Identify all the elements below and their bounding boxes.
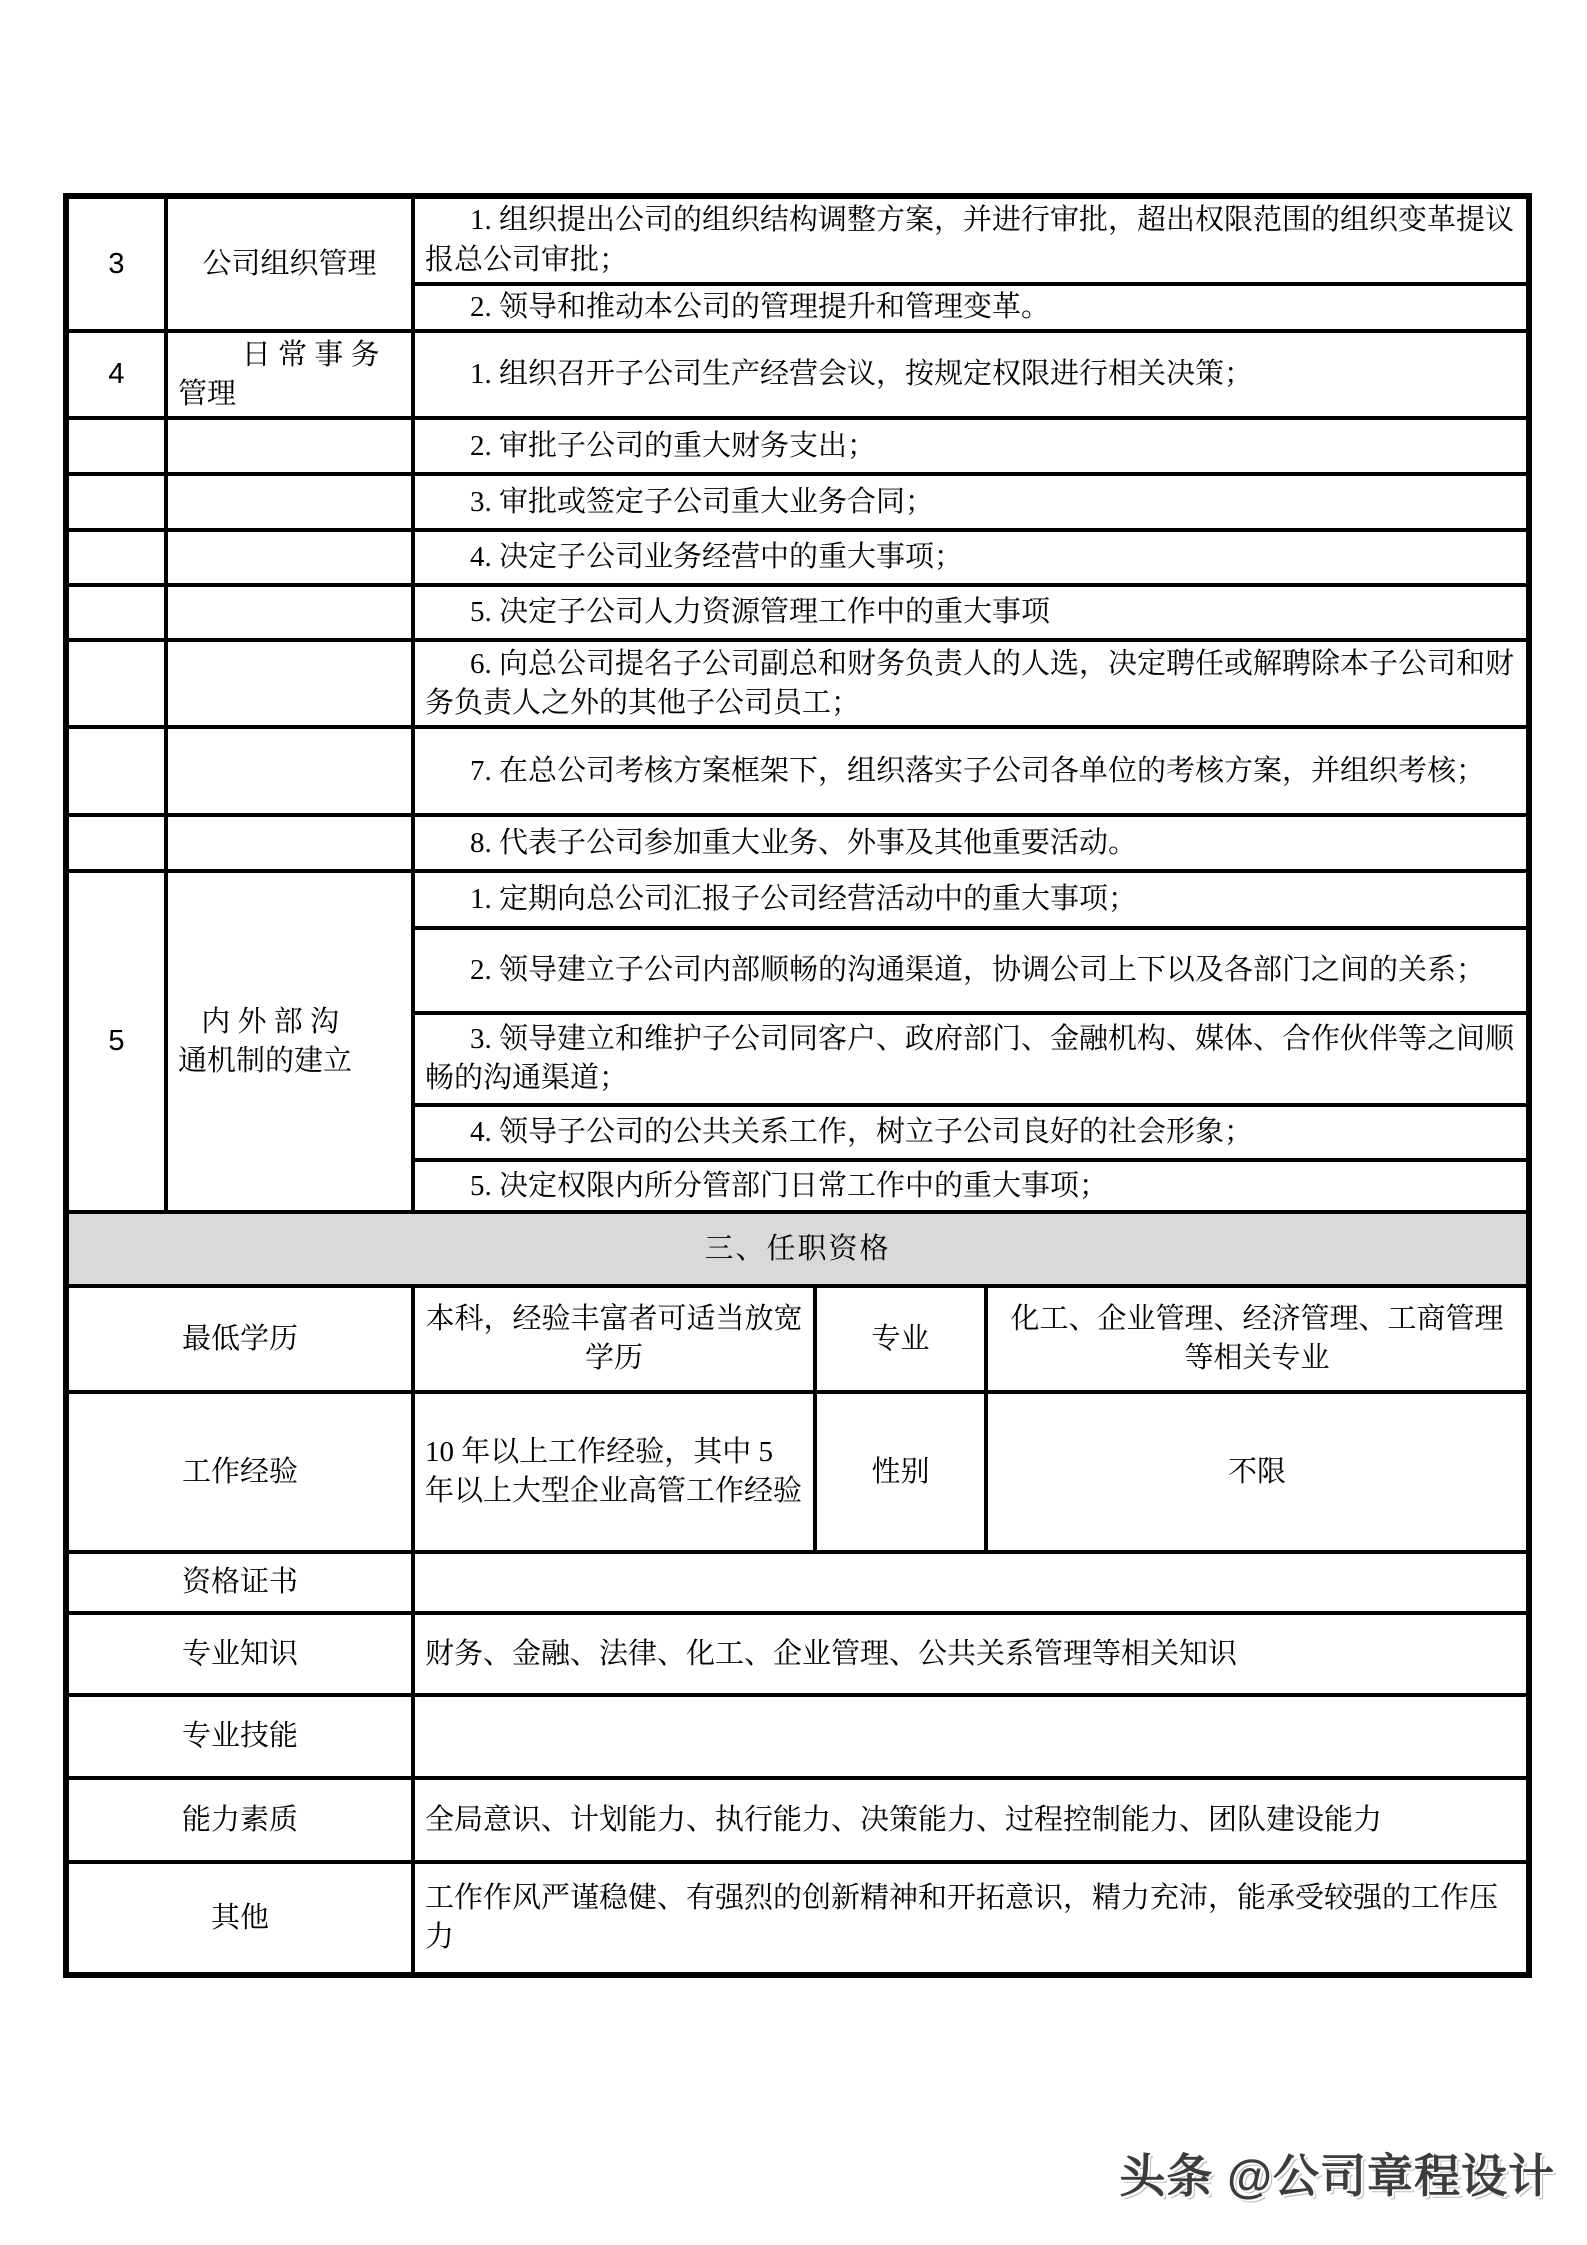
duty-item-3-2: 2. 领导和推动本公司的管理提升和管理变革。 <box>413 284 1529 331</box>
duty-item-4-1: 1. 组织召开子公司生产经营会议，按规定权限进行相关决策； <box>413 331 1529 418</box>
duty-item-5-3: 3. 领导建立和维护子公司同客户、政府部门、金融机构、媒体、合作伙伴等之间顺畅的… <box>413 1013 1529 1105</box>
min-education-value: 本科，经验丰富者可适当放宽学历 <box>413 1286 815 1392</box>
knowledge-value: 财务、金融、法律、化工、企业管理、公共关系管理等相关知识 <box>413 1613 1529 1695</box>
duty-category-5: 内 外 部 沟 通机制的建立 <box>166 871 413 1212</box>
empty-cell <box>166 727 413 815</box>
empty-cell <box>166 640 413 727</box>
job-description-table: 3 公司组织管理 1. 组织提出公司的组织结构调整方案，并进行审批，超出权限范围… <box>63 193 1532 1978</box>
duty-no-3: 3 <box>66 196 166 331</box>
duty-item-5-1: 1. 定期向总公司汇报子公司经营活动中的重大事项； <box>413 871 1529 928</box>
duty-item-4-8: 8. 代表子公司参加重大业务、外事及其他重要活动。 <box>413 815 1529 871</box>
duty-item-5-4: 4. 领导子公司的公共关系工作，树立子公司良好的社会形象； <box>413 1105 1529 1160</box>
duty-item-5-5: 5. 决定权限内所分管部门日常工作中的重大事项； <box>413 1160 1529 1212</box>
duty-item-4-5: 5. 决定子公司人力资源管理工作中的重大事项 <box>413 585 1529 640</box>
watermark: 头条 @公司章程设计 <box>1119 2140 1555 2206</box>
other-label: 其他 <box>66 1862 413 1975</box>
gender-label: 性别 <box>815 1392 986 1552</box>
empty-cell <box>66 474 166 530</box>
ability-label: 能力素质 <box>66 1778 413 1862</box>
empty-cell <box>66 815 166 871</box>
duty-item-5-2: 2. 领导建立子公司内部顺畅的沟通渠道，协调公司上下以及各部门之间的关系； <box>413 928 1529 1013</box>
empty-cell <box>66 418 166 474</box>
empty-cell <box>166 815 413 871</box>
experience-label: 工作经验 <box>66 1392 413 1552</box>
duty-item-4-3: 3. 审批或签定子公司重大业务合同； <box>413 474 1529 530</box>
major-value: 化工、企业管理、经济管理、工商管理等相关专业 <box>986 1286 1529 1392</box>
min-education-label: 最低学历 <box>66 1286 413 1392</box>
duty-category-3: 公司组织管理 <box>166 196 413 331</box>
empty-cell <box>66 727 166 815</box>
empty-cell <box>166 418 413 474</box>
duty-item-4-6: 6. 向总公司提名子公司副总和财务负责人的人选，决定聘任或解聘除本子公司和财务负… <box>413 640 1529 727</box>
duty-item-4-7: 7. 在总公司考核方案框架下，组织落实子公司各单位的考核方案，并组织考核； <box>413 727 1529 815</box>
experience-value: 10 年以上工作经验，其中 5 年以上大型企业高管工作经验 <box>413 1392 815 1552</box>
certificate-value <box>413 1552 1529 1613</box>
duty-item-3-1: 1. 组织提出公司的组织结构调整方案，并进行审批，超出权限范围的组织变革提议报总… <box>413 196 1529 284</box>
empty-cell <box>166 585 413 640</box>
empty-cell <box>66 530 166 585</box>
document-page: 3 公司组织管理 1. 组织提出公司的组织结构调整方案，并进行审批，超出权限范围… <box>0 0 1587 2245</box>
certificate-label: 资格证书 <box>66 1552 413 1613</box>
skill-value <box>413 1695 1529 1778</box>
empty-cell <box>66 585 166 640</box>
duty-item-4-4: 4. 决定子公司业务经营中的重大事项； <box>413 530 1529 585</box>
other-value: 工作作风严谨稳健、有强烈的创新精神和开拓意识，精力充沛，能承受较强的工作压力 <box>413 1862 1529 1975</box>
section-header-qualifications: 三、任职资格 <box>66 1212 1529 1286</box>
skill-label: 专业技能 <box>66 1695 413 1778</box>
empty-cell <box>66 640 166 727</box>
knowledge-label: 专业知识 <box>66 1613 413 1695</box>
duty-no-5: 5 <box>66 871 166 1212</box>
duty-no-4: 4 <box>66 331 166 418</box>
duty-category-4: 日 常 事 务 管理 <box>166 331 413 418</box>
empty-cell <box>166 474 413 530</box>
duty-item-4-2: 2. 审批子公司的重大财务支出； <box>413 418 1529 474</box>
empty-cell <box>166 530 413 585</box>
major-label: 专业 <box>815 1286 986 1392</box>
ability-value: 全局意识、计划能力、执行能力、决策能力、过程控制能力、团队建设能力 <box>413 1778 1529 1862</box>
gender-value: 不限 <box>986 1392 1529 1552</box>
